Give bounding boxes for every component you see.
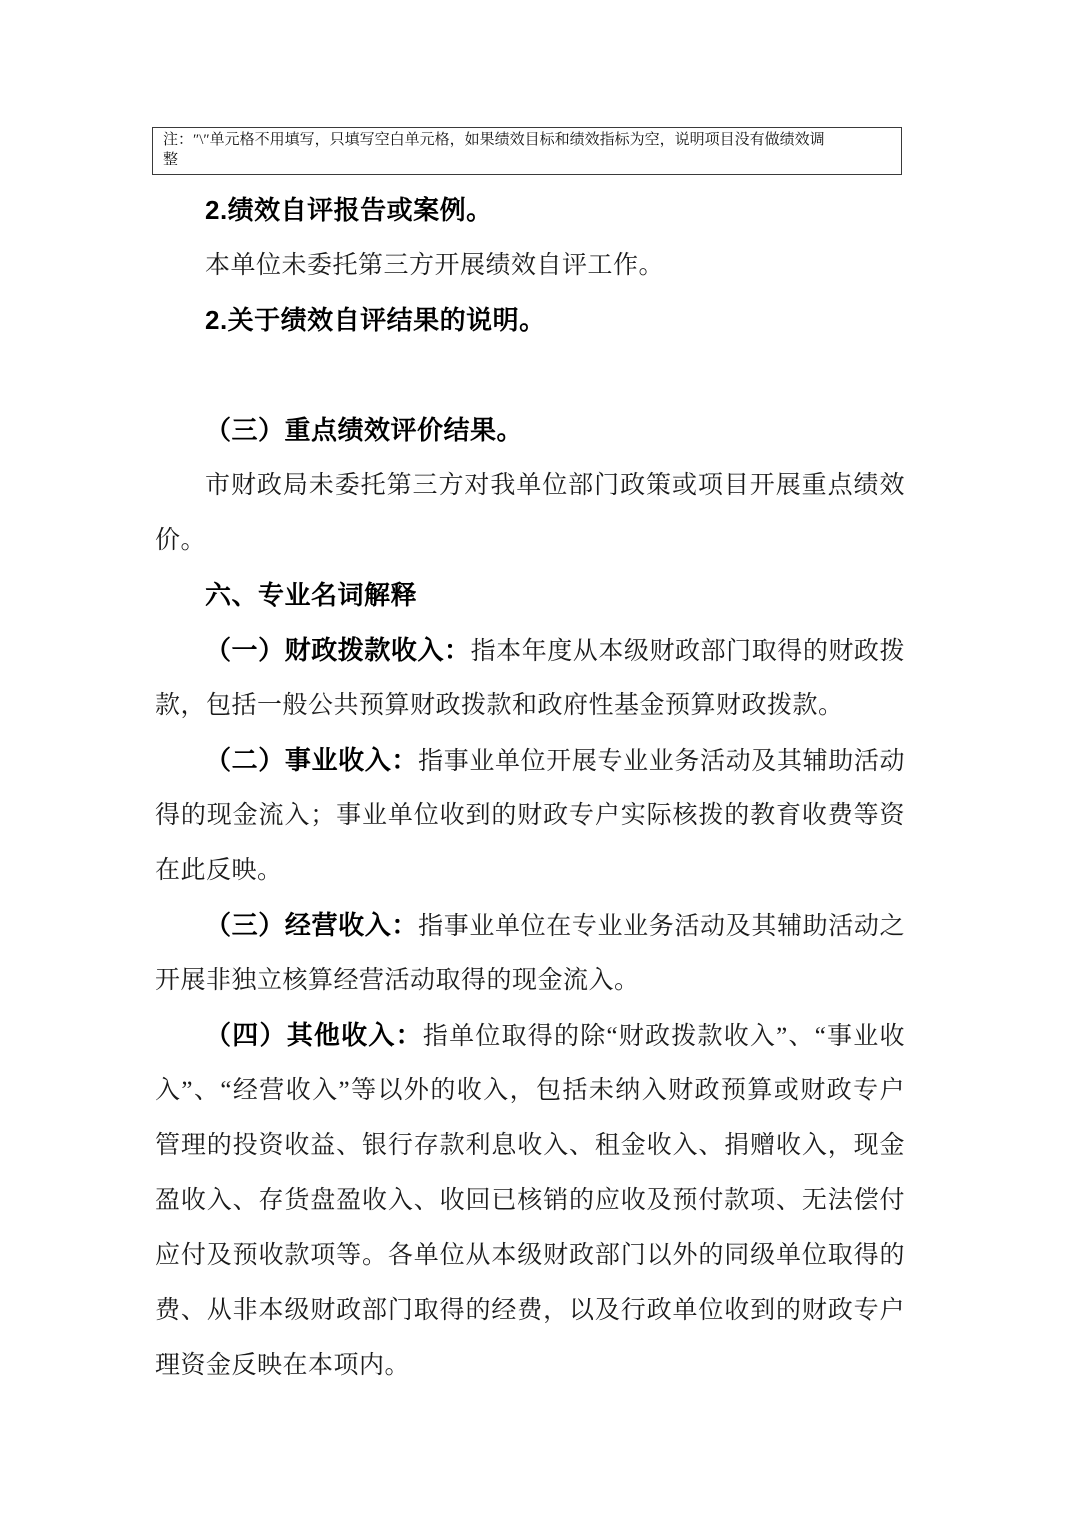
text-segment: 指本年度从本级财政部门取得的财政拨 bbox=[471, 638, 905, 665]
term-other-income-line-7: 理资金反映在本项内。 bbox=[155, 1338, 905, 1393]
text-segment: 价。 bbox=[155, 527, 206, 554]
note-box: 注：″\″单元格不用填写，只填写空白单元格，如果绩效目标和绩效指标为空，说明项目… bbox=[152, 127, 902, 175]
text-segment: 指单位取得的除“财政拨款收入”、“事业收 bbox=[423, 1023, 905, 1050]
document-page: 注：″\″单元格不用填写，只填写空白单元格，如果绩效目标和绩效指标为空，说明项目… bbox=[0, 0, 1074, 1520]
term-other-income-line-5: 应付及预收款项等。各单位从本级财政部门以外的同级单位取得的经 bbox=[155, 1228, 905, 1283]
text-segment: 市财政局未委托第三方对我单位部门政策或项目开展重点绩效评 bbox=[205, 472, 905, 513]
text-segment: 入”、“经营收入”等以外的收入，包括未纳入财政预算或财政专户 bbox=[155, 1077, 905, 1104]
term-other-income-line-1: （四）其他收入：指单位取得的除“财政拨款收入”、“事业收 bbox=[155, 1008, 905, 1063]
term-other-income-line-3: 管理的投资收益、银行存款利息收入、租金收入、捐赠收入，现金盘 bbox=[155, 1118, 905, 1173]
heading-key-performance-eval-result: （三）重点绩效评价结果。 bbox=[155, 403, 905, 458]
term-institutional-income-line-3: 在此反映。 bbox=[155, 843, 905, 898]
text-segment: 开展非独立核算经营活动取得的现金流入。 bbox=[155, 967, 640, 994]
bold-text-segment: 2.关于绩效自评结果的说明。 bbox=[205, 305, 546, 335]
term-fiscal-appropriation-income-line-1: （一）财政拨款收入：指本年度从本级财政部门取得的财政拨 bbox=[155, 623, 905, 678]
heading-self-eval-report: 2.绩效自评报告或案例。 bbox=[155, 183, 905, 238]
blank-line bbox=[155, 348, 905, 403]
note-text-line-2: 整 bbox=[163, 150, 891, 170]
bold-text-segment: 2.绩效自评报告或案例。 bbox=[205, 195, 493, 225]
note-text-line-1: 注：″\″单元格不用填写，只填写空白单元格，如果绩效目标和绩效指标为空，说明项目… bbox=[163, 130, 891, 150]
term-business-income-line-1: （三）经营收入：指事业单位在专业业务活动及其辅助活动之外 bbox=[155, 898, 905, 953]
bold-text-segment: （三）重点绩效评价结果。 bbox=[205, 415, 523, 445]
para-finance-bureau-line-2: 价。 bbox=[155, 513, 905, 568]
term-institutional-income-line-1: （二）事业收入：指事业单位开展专业业务活动及其辅助活动取 bbox=[155, 733, 905, 788]
heading-terminology: 六、专业名词解释 bbox=[155, 568, 905, 623]
term-business-income-line-2: 开展非独立核算经营活动取得的现金流入。 bbox=[155, 953, 905, 1008]
text-segment: 本单位未委托第三方开展绩效自评工作。 bbox=[205, 252, 664, 279]
term-institutional-income-line-2: 得的现金流入；事业单位收到的财政专户实际核拨的教育收费等资金 bbox=[155, 788, 905, 843]
text-segment: 盈收入、存货盘盈收入、收回已核销的应收及预付款项、无法偿付的 bbox=[155, 1187, 905, 1228]
term-other-income-line-6: 费、从非本级财政部门取得的经费，以及行政单位收到的财政专户管 bbox=[155, 1283, 905, 1338]
text-segment: 款，包括一般公共预算财政拨款和政府性基金预算财政拨款。 bbox=[155, 692, 844, 719]
bold-text-segment: （三）经营收入： bbox=[205, 910, 418, 940]
bold-text-segment: （一）财政拨款收入： bbox=[205, 635, 471, 665]
term-fiscal-appropriation-income-line-2: 款，包括一般公共预算财政拨款和政府性基金预算财政拨款。 bbox=[155, 678, 905, 733]
para-no-third-party-self-eval: 本单位未委托第三方开展绩效自评工作。 bbox=[155, 238, 905, 293]
bold-text-segment: （二）事业收入： bbox=[205, 745, 418, 775]
heading-self-eval-result-note: 2.关于绩效自评结果的说明。 bbox=[155, 293, 905, 348]
document-body: 2.绩效自评报告或案例。本单位未委托第三方开展绩效自评工作。2.关于绩效自评结果… bbox=[155, 183, 905, 1393]
bold-text-segment: （四）其他收入： bbox=[205, 1020, 423, 1050]
text-segment: 管理的投资收益、银行存款利息收入、租金收入、捐赠收入，现金盘 bbox=[155, 1132, 905, 1173]
text-segment: 得的现金流入；事业单位收到的财政专户实际核拨的教育收费等资金 bbox=[155, 802, 905, 843]
para-finance-bureau-line-1: 市财政局未委托第三方对我单位部门政策或项目开展重点绩效评 bbox=[155, 458, 905, 513]
term-other-income-line-4: 盈收入、存货盘盈收入、收回已核销的应收及预付款项、无法偿付的 bbox=[155, 1173, 905, 1228]
text-segment: 应付及预收款项等。各单位从本级财政部门以外的同级单位取得的经 bbox=[155, 1242, 905, 1283]
bold-text-segment: 六、专业名词解释 bbox=[205, 580, 417, 610]
text-segment: 理资金反映在本项内。 bbox=[155, 1352, 410, 1379]
term-other-income-line-2: 入”、“经营收入”等以外的收入，包括未纳入财政预算或财政专户 bbox=[155, 1063, 905, 1118]
text-segment: 费、从非本级财政部门取得的经费，以及行政单位收到的财政专户管 bbox=[155, 1297, 905, 1338]
text-segment: 在此反映。 bbox=[155, 857, 283, 884]
